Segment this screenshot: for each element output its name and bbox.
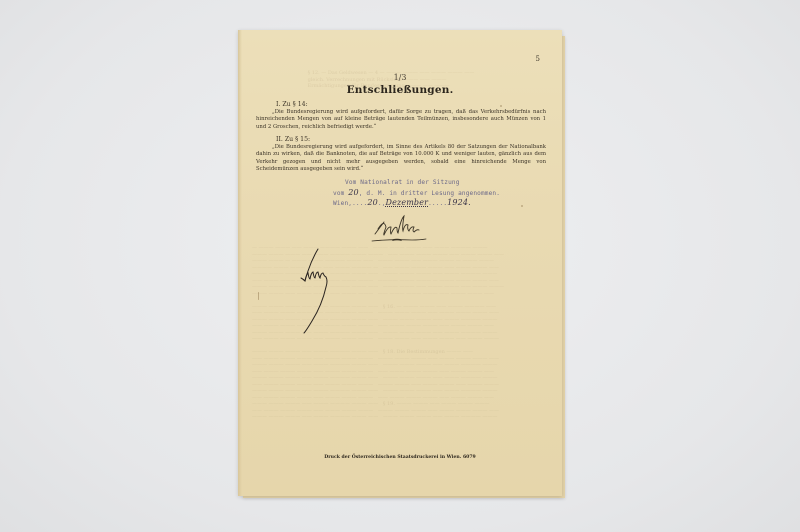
signatures bbox=[238, 30, 562, 496]
paper-speck bbox=[521, 205, 523, 207]
paper-speck bbox=[500, 105, 502, 107]
printer-imprint: Druck der Österreichischen Staatsdrucker… bbox=[238, 455, 562, 460]
document-page: § 12. — Das Geldwesen — 4 — ——— ——— —— —… bbox=[238, 30, 562, 496]
signature-miklas bbox=[372, 216, 426, 241]
paper-speck bbox=[258, 292, 259, 300]
signature-seipel bbox=[301, 249, 327, 333]
